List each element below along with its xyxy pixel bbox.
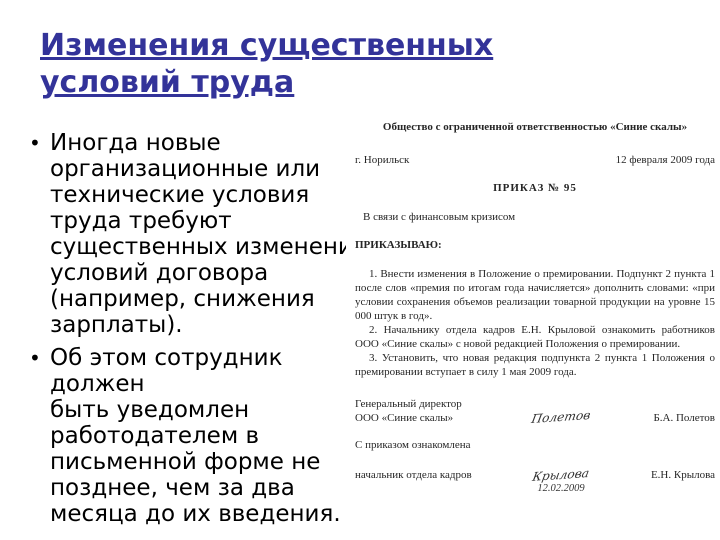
slide-title: Изменения существенных условий труда xyxy=(40,27,540,101)
bullet-text: Об этом сотрудник должен быть уведомлен … xyxy=(50,345,379,527)
bullet-text: Иногда новые организационные или техниче… xyxy=(50,130,368,338)
doc-preamble: В связи с финансовым кризисом xyxy=(355,210,715,224)
doc-order-item: 1. Внести изменения в Положение о премир… xyxy=(355,267,715,323)
hr-signature-area: Крылова 12.02.2009 xyxy=(507,468,615,495)
doc-directive: ПРИКАЗЫВАЮ: xyxy=(355,238,715,252)
hr-role: начальник отдела кадров xyxy=(355,468,507,482)
bullet-marker: • xyxy=(29,130,50,338)
bullet-item: • Иногда новые организационные или техни… xyxy=(29,130,379,338)
director-name: Б.А. Полетов xyxy=(615,411,715,425)
director-signature-area: Полетов xyxy=(507,410,615,425)
hr-name: Е.Н. Крылова xyxy=(615,468,715,482)
doc-date: 12 февраля 2009 года xyxy=(616,153,715,167)
hr-signature: Крылова xyxy=(531,466,590,484)
acknowledgement-date: 12.02.2009 xyxy=(507,483,615,495)
doc-org-name: Общество с ограниченной ответственностью… xyxy=(355,120,715,134)
acknowledgement-line: С приказом ознакомлена xyxy=(355,438,715,452)
bullet-list: • Иногда новые организационные или техни… xyxy=(29,130,379,527)
doc-city: г. Норильск xyxy=(355,153,409,167)
doc-city-date-row: г. Норильск 12 февраля 2009 года xyxy=(355,153,715,167)
hr-signature-row: начальник отдела кадров Крылова 12.02.20… xyxy=(355,468,715,495)
director-signature: Полетов xyxy=(530,408,591,426)
doc-order-item: 2. Начальнику отдела кадров Е.Н. Крылово… xyxy=(355,323,715,351)
director-role: Генеральный директор ООО «Синие скалы» xyxy=(355,397,507,425)
doc-order-number: ПРИКАЗ № 95 xyxy=(355,181,715,195)
doc-order-item: 3. Установить, что новая редакция подпун… xyxy=(355,351,715,379)
scanned-order-document: Общество с ограниченной ответственностью… xyxy=(346,106,720,540)
director-signature-row: Генеральный директор ООО «Синие скалы» П… xyxy=(355,397,715,425)
slide-canvas: Изменения существенных условий труда • И… xyxy=(0,0,720,540)
bullet-item: • Об этом сотрудник должен быть уведомле… xyxy=(29,345,379,527)
bullet-marker: • xyxy=(29,345,50,527)
